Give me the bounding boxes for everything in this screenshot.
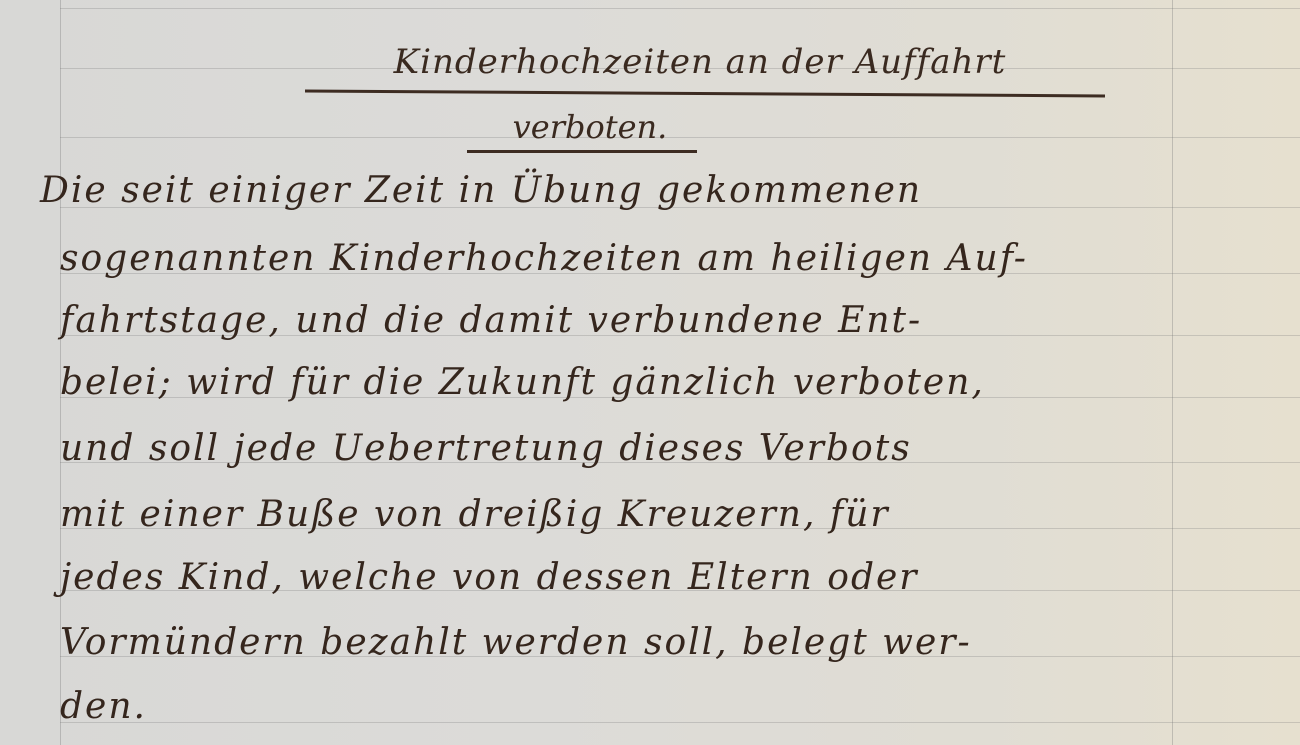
ruled-line	[60, 8, 1300, 9]
subtitle-underline	[467, 150, 697, 153]
manuscript-page: Kinderhochzeiten an der Auffahrt verbote…	[0, 0, 1300, 745]
heading-subtitle: verboten.	[460, 108, 720, 146]
body-line-3: fahrtstage, und die damit verbundene Ent…	[60, 300, 922, 341]
title-underline	[305, 90, 1105, 98]
body-line-4: belei; wird für die Zukunft gänzlich ver…	[60, 362, 985, 403]
body-line-8: Vormündern bezahlt werden soll, belegt w…	[60, 622, 972, 663]
ruled-line	[60, 722, 1300, 723]
right-margin-rule	[1172, 0, 1173, 745]
body-line-6: mit einer Buße von dreißig Kreuzern, für	[60, 494, 890, 535]
heading-title: Kinderhochzeiten an der Auffahrt	[290, 42, 1110, 82]
body-line-2: sogenannten Kinderhochzeiten am heiligen…	[60, 238, 1028, 279]
body-line-1: Die seit einiger Zeit in Übung gekommene…	[40, 170, 922, 211]
body-line-5: und soll jede Uebertretung dieses Verbot…	[60, 428, 912, 469]
body-line-9: den.	[60, 686, 147, 727]
body-line-7: jedes Kind, welche von dessen Eltern ode…	[60, 557, 919, 598]
